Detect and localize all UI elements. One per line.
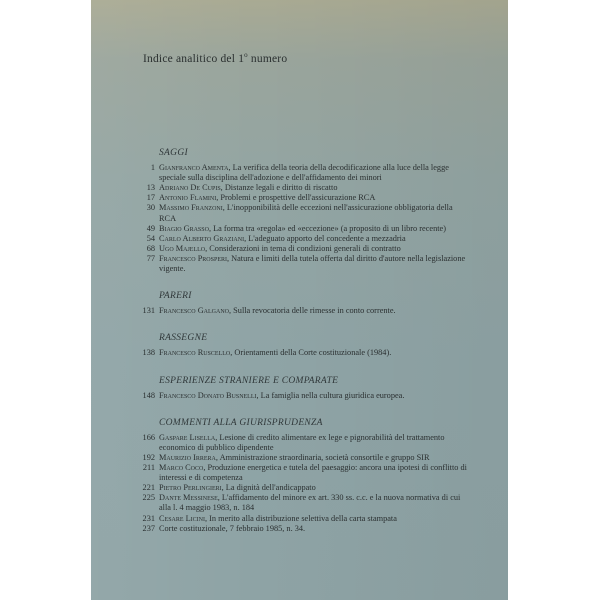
section-heading: SAGGI	[159, 148, 467, 158]
entry-title: , Amministrazione straordinaria, società…	[216, 453, 430, 462]
author-name: Francesco Prosperi	[159, 254, 227, 263]
page-number: 231	[137, 514, 159, 524]
toc-entry: 68Ugo Majello, Considerazioni in tema di…	[137, 244, 467, 254]
entry-text: Antonio Flamini, Problemi e prospettive …	[159, 193, 467, 203]
entry-text: Francesco Ruscello, Orientamenti della C…	[159, 348, 467, 358]
toc-entry: 13Adriano De Cupis, Distanze legali e di…	[137, 183, 467, 193]
author-name: Francesco Ruscello	[159, 348, 230, 357]
section-heading: RASSEGNE	[159, 333, 467, 343]
page-number: 225	[137, 493, 159, 513]
entry-text: Carlo Alberto Graziani, L'adeguato appor…	[159, 234, 467, 244]
page-number: 68	[137, 244, 159, 254]
page-number: 138	[137, 348, 159, 358]
page-number: 49	[137, 224, 159, 234]
entry-text: Maurizio Irrera, Amministrazione straord…	[159, 453, 467, 463]
author-name: Francesco Galgano	[159, 306, 229, 315]
toc-section: PARERI131Francesco Galgano, Sulla revoca…	[137, 291, 467, 316]
author-name: Massimo Franzoni	[159, 203, 223, 212]
toc-entry: 166Gaspare Lisella, Lesione di credito a…	[137, 433, 467, 453]
title-end: numero	[248, 53, 287, 65]
entry-title: , La forma tra «regola» ed «eccezione» (…	[209, 224, 446, 233]
entry-text: Marco Coco, Produzione energetica e tute…	[159, 463, 467, 483]
toc-entry: 237Corte costituzionale, 7 febbraio 1985…	[137, 524, 467, 534]
page-number: 17	[137, 193, 159, 203]
entry-title: , Produzione energetica e tutela del pae…	[159, 463, 467, 482]
entry-title: , Problemi e prospettive dell'assicurazi…	[216, 193, 375, 202]
page-number: 192	[137, 453, 159, 463]
toc-section: COMMENTI ALLA GIURISPRUDENZA166Gaspare L…	[137, 418, 467, 534]
entry-text: Gianfranco Amenta, La verifica della teo…	[159, 163, 467, 183]
author-name: Gianfranco Amenta	[159, 163, 228, 172]
page-number: 54	[137, 234, 159, 244]
page-number: 211	[137, 463, 159, 483]
toc-entry: 211Marco Coco, Produzione energetica e t…	[137, 463, 467, 483]
toc-entry: 231Cesare Licini, In merito alla distrib…	[137, 514, 467, 524]
entry-text: Massimo Franzoni, L'inopponibilità delle…	[159, 203, 467, 223]
entry-text: Francesco Prosperi, Natura e limiti dell…	[159, 254, 467, 274]
entry-text: Francesco Donato Busnelli, La famiglia n…	[159, 391, 467, 401]
author-name: Carlo Alberto Graziani	[159, 234, 244, 243]
entry-text: Gaspare Lisella, Lesione di credito alim…	[159, 433, 467, 453]
page-number: 237	[137, 524, 159, 534]
entry-text: Francesco Galgano, Sulla revocatoria del…	[159, 306, 467, 316]
toc-section: ESPERIENZE STRANIERE E COMPARATE148Franc…	[137, 376, 467, 401]
page-number: 1	[137, 163, 159, 183]
entry-title: , In merito alla distribuzione selettiva…	[205, 514, 397, 523]
page-number: 221	[137, 483, 159, 493]
author-name: Dante Messinese	[159, 493, 218, 502]
table-of-contents: SAGGI1Gianfranco Amenta, La verifica del…	[137, 148, 467, 551]
entry-title: , Sulla revocatoria delle rimesse in con…	[229, 306, 396, 315]
page-number: 131	[137, 306, 159, 316]
entry-title: Corte costituzionale, 7 febbraio 1985, n…	[159, 524, 305, 533]
entry-title: , La dignità dell'andicappato	[222, 483, 316, 492]
toc-section: SAGGI1Gianfranco Amenta, La verifica del…	[137, 148, 467, 274]
toc-entry: 192Maurizio Irrera, Amministrazione stra…	[137, 453, 467, 463]
author-name: Francesco Donato Busnelli	[159, 391, 257, 400]
toc-entry: 17Antonio Flamini, Problemi e prospettiv…	[137, 193, 467, 203]
entry-text: Pietro Perlingieri, La dignità dell'andi…	[159, 483, 467, 493]
toc-entry: 225Dante Messinese, L'affidamento del mi…	[137, 493, 467, 513]
toc-entry: 54Carlo Alberto Graziani, L'adeguato app…	[137, 234, 467, 244]
section-heading: ESPERIENZE STRANIERE E COMPARATE	[159, 376, 467, 386]
entry-title: , Orientamenti della Corte costituzional…	[230, 348, 391, 357]
toc-entry: 77Francesco Prosperi, Natura e limiti de…	[137, 254, 467, 274]
entry-title: , L'adeguato apporto del concedente a me…	[244, 234, 406, 243]
author-name: Marco Coco	[159, 463, 203, 472]
toc-entry: 138Francesco Ruscello, Orientamenti dell…	[137, 348, 467, 358]
toc-entry: 148Francesco Donato Busnelli, La famigli…	[137, 391, 467, 401]
entry-text: Biagio Grasso, La forma tra «regola» ed …	[159, 224, 467, 234]
author-name: Maurizio Irrera	[159, 453, 216, 462]
document-page: Indice analitico del 1o numero SAGGI1Gia…	[91, 0, 508, 600]
toc-section: RASSEGNE138Francesco Ruscello, Orientame…	[137, 333, 467, 358]
author-name: Pietro Perlingieri	[159, 483, 222, 492]
section-heading: COMMENTI ALLA GIURISPRUDENZA	[159, 418, 467, 428]
toc-entry: 221Pietro Perlingieri, La dignità dell'a…	[137, 483, 467, 493]
author-name: Gaspare Lisella	[159, 433, 215, 442]
page-title: Indice analitico del 1o numero	[143, 51, 287, 65]
toc-entry: 30Massimo Franzoni, L'inopponibilità del…	[137, 203, 467, 223]
toc-entry: 131Francesco Galgano, Sulla revocatoria …	[137, 306, 467, 316]
entry-text: Adriano De Cupis, Distanze legali e diri…	[159, 183, 467, 193]
entry-text: Cesare Licini, In merito alla distribuzi…	[159, 514, 467, 524]
entry-text: Dante Messinese, L'affidamento del minor…	[159, 493, 467, 513]
entry-text: Corte costituzionale, 7 febbraio 1985, n…	[159, 524, 467, 534]
page-number: 77	[137, 254, 159, 274]
entry-title: , Distanze legali e diritto di riscatto	[221, 183, 338, 192]
author-name: Cesare Licini	[159, 514, 205, 523]
page-number: 13	[137, 183, 159, 193]
author-name: Ugo Majello	[159, 244, 205, 253]
author-name: Biagio Grasso	[159, 224, 209, 233]
entry-text: Ugo Majello, Considerazioni in tema di c…	[159, 244, 467, 254]
toc-entry: 1Gianfranco Amenta, La verifica della te…	[137, 163, 467, 183]
toc-entry: 49Biagio Grasso, La forma tra «regola» e…	[137, 224, 467, 234]
entry-title: , La famiglia nella cultura giuridica eu…	[257, 391, 405, 400]
page-number: 30	[137, 203, 159, 223]
author-name: Antonio Flamini	[159, 193, 216, 202]
section-heading: PARERI	[159, 291, 467, 301]
entry-title: , Considerazioni in tema di condizioni g…	[205, 244, 401, 253]
page-number: 148	[137, 391, 159, 401]
page-number: 166	[137, 433, 159, 453]
author-name: Adriano De Cupis	[159, 183, 221, 192]
title-text: Indice analitico del 1	[143, 53, 244, 65]
